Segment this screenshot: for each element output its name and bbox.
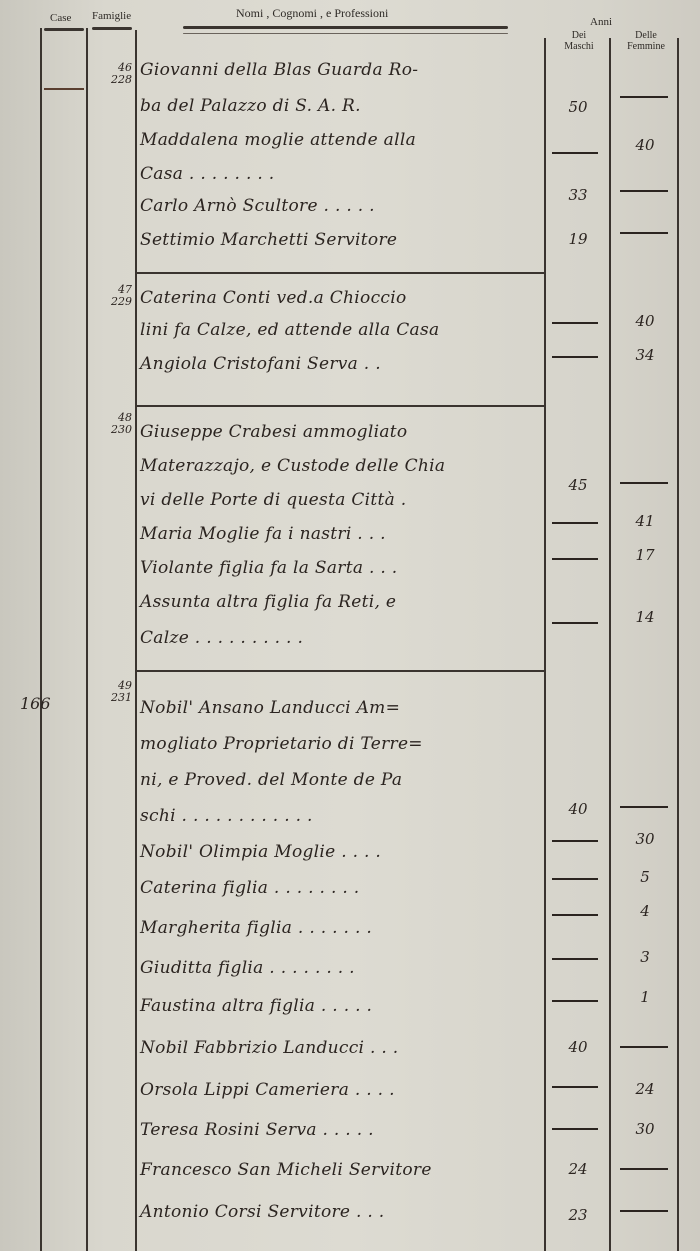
header-famiglie-rule xyxy=(92,27,132,30)
age-female-blank xyxy=(620,806,668,808)
age-male: 33 xyxy=(550,186,606,204)
case-blot xyxy=(44,88,84,90)
family-separator xyxy=(135,272,544,274)
entry-line: Orsola Lippi Cameriera . . . . xyxy=(140,1080,540,1100)
age-female: 40 xyxy=(615,136,675,154)
entry-line: mogliato Proprietario di Terre= xyxy=(140,734,540,754)
header-names: Nomi , Cognomi , e Professioni xyxy=(236,6,388,21)
column-line-maschi-right xyxy=(609,38,611,1251)
age-female: 40 xyxy=(615,312,675,330)
age-female: 30 xyxy=(615,830,675,848)
age-male-blank xyxy=(552,1086,598,1088)
entry-line: ba del Palazzo di S. A. R. xyxy=(140,96,540,116)
header-anni: Anni xyxy=(590,16,612,28)
age-female-blank xyxy=(620,482,668,484)
age-male-blank xyxy=(552,522,598,524)
age-female: 1 xyxy=(615,988,675,1006)
header-case-rule xyxy=(44,28,84,31)
column-line-femmine-right xyxy=(677,38,679,1251)
age-male-blank xyxy=(552,152,598,154)
family-number: 46 228 xyxy=(92,62,132,86)
census-register-page: Case Famiglie Nomi , Cognomi , e Profess… xyxy=(0,0,700,1251)
entry-line: lini fa Calze, ed attende alla Casa xyxy=(140,320,540,340)
header-names-rule xyxy=(183,26,508,29)
entry-line: Settimio Marchetti Servitore xyxy=(140,230,540,250)
age-female-blank xyxy=(620,190,668,192)
entry-line: Carlo Arnò Scultore . . . . . xyxy=(140,196,540,216)
family-number: 47 229 xyxy=(92,284,132,308)
age-female: 5 xyxy=(615,868,675,886)
entry-line: schi . . . . . . . . . . . . xyxy=(140,806,540,826)
entry-line: Antonio Corsi Servitore . . . xyxy=(140,1202,540,1222)
entry-line: Maria Moglie fa i nastri . . . xyxy=(140,524,540,544)
case-number: 166 xyxy=(20,694,70,713)
age-female-blank xyxy=(620,1210,668,1212)
header-case: Case xyxy=(50,12,71,24)
age-female: 14 xyxy=(615,608,675,626)
entry-line: Giuditta figlia . . . . . . . . xyxy=(140,958,540,978)
header-femmine: Delle Femmine xyxy=(618,30,674,52)
age-male-blank xyxy=(552,356,598,358)
age-male: 50 xyxy=(550,98,606,116)
age-male-blank xyxy=(552,878,598,880)
age-male-blank xyxy=(552,558,598,560)
age-male: 23 xyxy=(550,1206,606,1224)
family-number: 49 231 xyxy=(92,680,132,704)
age-female: 24 xyxy=(615,1080,675,1098)
entry-line: Caterina Conti ved.a Chioccio xyxy=(140,288,540,308)
column-line-maschi-left xyxy=(544,38,546,1251)
age-female: 30 xyxy=(615,1120,675,1138)
column-line-case-right xyxy=(86,28,88,1251)
age-male-blank xyxy=(552,1000,598,1002)
entry-line: Caterina figlia . . . . . . . . xyxy=(140,878,540,898)
header-names-underline xyxy=(183,33,508,34)
entry-line: Giuseppe Crabesi ammogliato xyxy=(140,422,540,442)
entry-line: Teresa Rosini Serva . . . . . xyxy=(140,1120,540,1140)
age-male: 40 xyxy=(550,1038,606,1056)
age-female: 4 xyxy=(615,902,675,920)
column-line-case-left xyxy=(40,28,42,1251)
age-female-blank xyxy=(620,1046,668,1048)
entry-line: Francesco San Micheli Servitore xyxy=(140,1160,540,1180)
age-female: 3 xyxy=(615,948,675,966)
entry-line: Nobil' Ansano Landucci Am= xyxy=(140,698,540,718)
age-male-blank xyxy=(552,840,598,842)
age-female: 17 xyxy=(615,546,675,564)
entry-line: Materazzajo, e Custode delle Chia xyxy=(140,456,540,476)
entry-line: ni, e Proved. del Monte de Pa xyxy=(140,770,540,790)
column-line-famiglie-right xyxy=(135,30,137,1251)
entry-line: Casa . . . . . . . . xyxy=(140,164,540,184)
age-female-blank xyxy=(620,1168,668,1170)
entry-line: vi delle Porte di questa Città . xyxy=(140,490,540,510)
age-male-blank xyxy=(552,958,598,960)
entry-line: Faustina altra figlia . . . . . xyxy=(140,996,540,1016)
age-male-blank xyxy=(552,622,598,624)
age-male: 24 xyxy=(550,1160,606,1178)
entry-line: Calze . . . . . . . . . . xyxy=(140,628,540,648)
age-male: 19 xyxy=(550,230,606,248)
age-male-blank xyxy=(552,1128,598,1130)
age-female: 41 xyxy=(615,512,675,530)
entry-line: Margherita figlia . . . . . . . xyxy=(140,918,540,938)
age-female: 34 xyxy=(615,346,675,364)
family-separator xyxy=(135,670,544,672)
family-separator xyxy=(135,405,544,407)
age-male-blank xyxy=(552,914,598,916)
entry-line: Violante figlia fa la Sarta . . . xyxy=(140,558,540,578)
age-male: 45 xyxy=(550,476,606,494)
age-female-blank xyxy=(620,232,668,234)
header-famiglie: Famiglie xyxy=(92,10,131,22)
age-male-blank xyxy=(552,322,598,324)
header-maschi: Dei Maschi xyxy=(556,30,602,52)
entry-line: Nobil Fabbrizio Landucci . . . xyxy=(140,1038,540,1058)
entry-line: Nobil' Olimpia Moglie . . . . xyxy=(140,842,540,862)
entry-line: Angiola Cristofani Serva . . xyxy=(140,354,540,374)
entry-line: Giovanni della Blas Guarda Ro- xyxy=(140,60,540,80)
age-male: 40 xyxy=(550,800,606,818)
age-female-blank xyxy=(620,96,668,98)
entry-line: Maddalena moglie attende alla xyxy=(140,130,540,150)
entry-line: Assunta altra figlia fa Reti, e xyxy=(140,592,540,612)
family-number: 48 230 xyxy=(92,412,132,436)
